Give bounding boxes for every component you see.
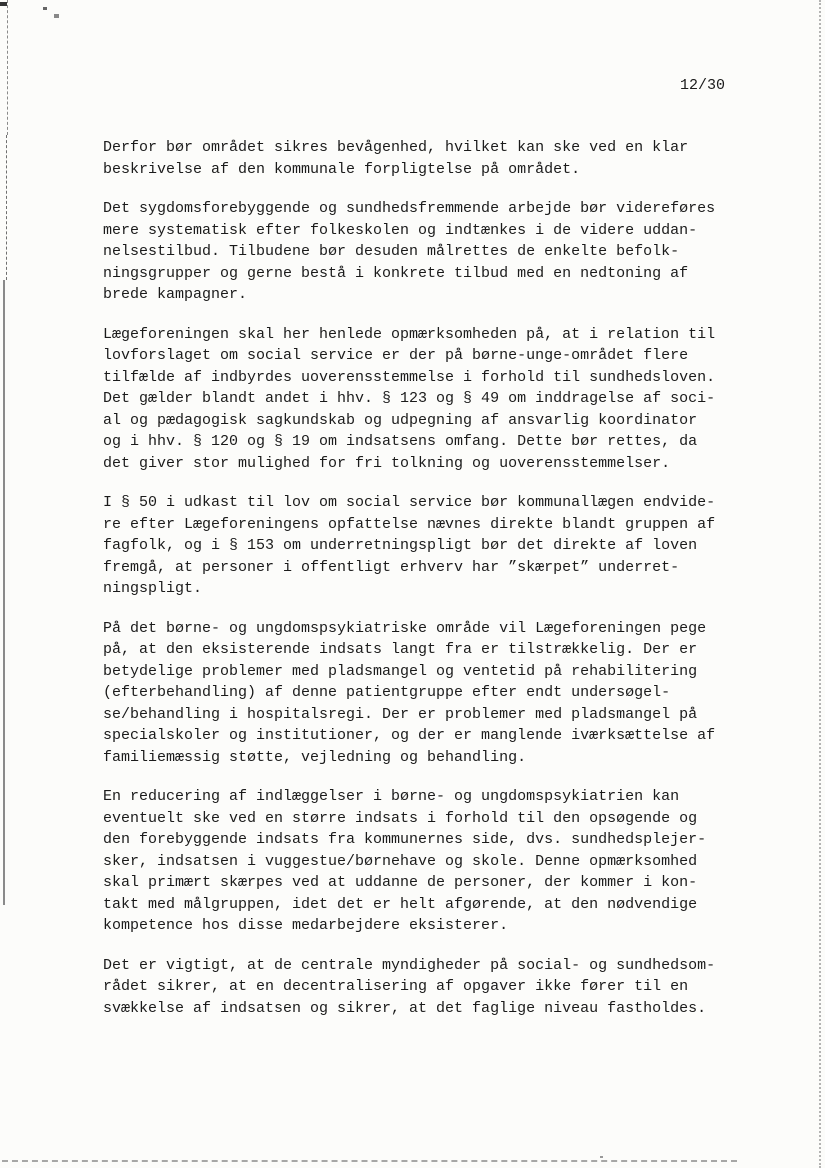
scan-speck (54, 14, 59, 18)
scan-edge-bottom (2, 1160, 737, 1162)
document-body: Derfor bør området sikres bevågenhed, hv… (103, 137, 783, 1037)
paragraph: Derfor bør området sikres bevågenhed, hv… (103, 137, 783, 180)
paragraph: På det børne- og ungdomspsykiatriske omr… (103, 618, 783, 769)
paragraph: Det sygdomsforebyggende og sundhedsfremm… (103, 198, 783, 306)
scan-edge-left (3, 280, 5, 905)
paragraph: En reducering af indlæggelser i børne- o… (103, 786, 783, 937)
scan-speck (0, 2, 7, 6)
document-page: 12/30 Derfor bør området sikres bevågenh… (0, 0, 825, 1168)
page-number: 12/30 (680, 75, 725, 97)
paragraph: Lægeforeningen skal her henlede opmærkso… (103, 324, 783, 475)
scan-speck (600, 1156, 603, 1158)
scan-speck (43, 7, 47, 10)
paragraph: I § 50 i udkast til lov om social servic… (103, 492, 783, 600)
scan-edge-left-top (7, 0, 8, 135)
paragraph: Det er vigtigt, at de centrale myndighed… (103, 955, 783, 1020)
scan-edge-right (819, 0, 821, 1168)
scan-edge-left-mid (6, 135, 7, 280)
